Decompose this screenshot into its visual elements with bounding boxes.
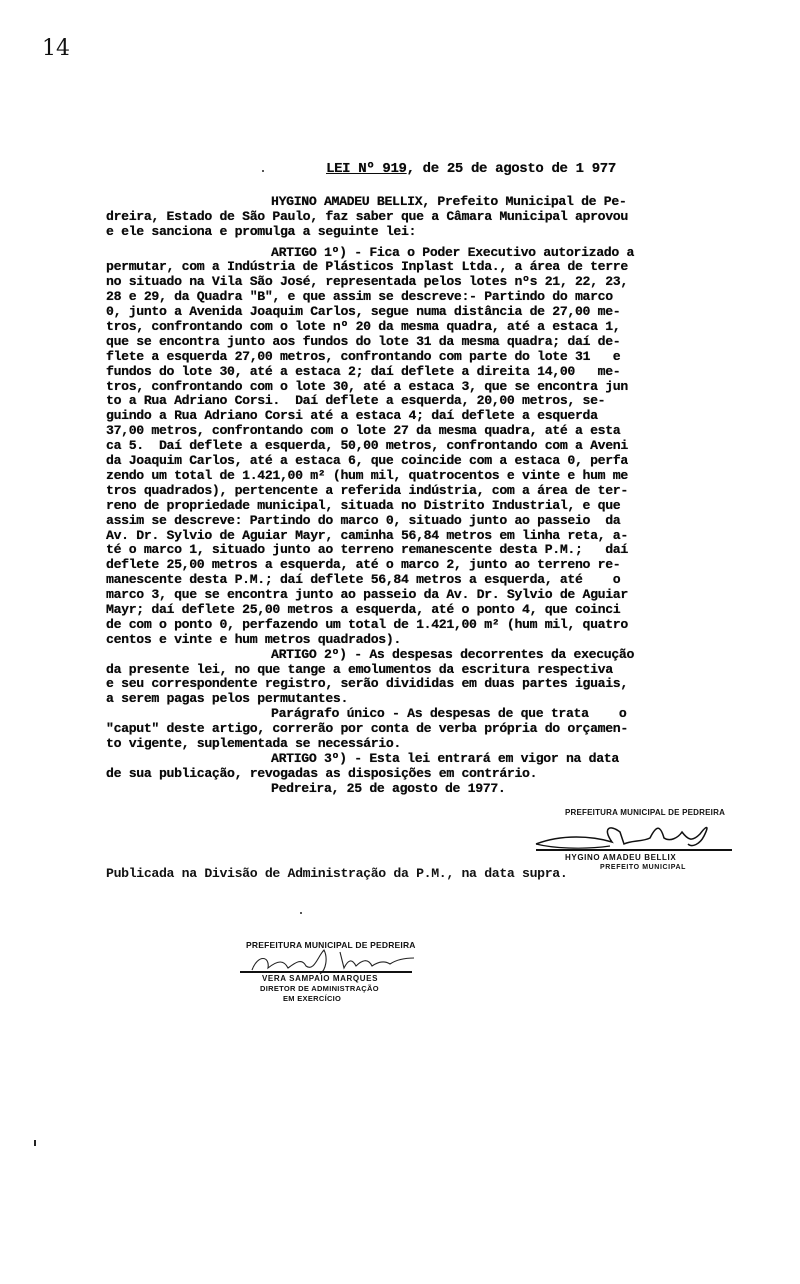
admin-title: DIRETOR DE ADMINISTRAÇÃO [260,984,379,993]
text-line: tros quadrados), pertencente a referida … [106,484,726,499]
text-line: zendo um total de 1.421,00 m² (hum mil, … [106,469,726,484]
text-line: Av. Dr. Sylvio de Aguiar Mayr, caminha 5… [106,529,726,544]
text-line: que se encontra junto aos fundos do lote… [106,335,726,350]
mayor-name: HYGINO AMADEU BELLIX [565,853,676,862]
text-line: 0, junto a Avenida Joaquim Carlos, segue… [106,305,726,320]
law-date: , de 25 de agosto de 1 977 [407,161,616,177]
text-line: tros, confrontando com o lote 30, até a … [106,380,726,395]
text-line: ca 5. Daí deflete a esquerda, 50,00 metr… [106,439,726,454]
text-line: centos e vinte e hum metros quadrados). [106,633,726,648]
text-line: dreira, Estado de São Paulo, faz saber q… [106,210,726,225]
text-line: da presente lei, no que tange a emolumen… [106,663,726,678]
scan-speck [34,1140,36,1146]
law-title: LEI Nº 919, de 25 de agosto de 1 977 [216,162,726,177]
text-line: a serem pagas pelos permutantes. [106,692,726,707]
publication-note: Publicada na Divisão de Administração da… [106,866,567,881]
text-line: Parágrafo único - As despesas de que tra… [106,707,726,722]
mayor-stamp: PREFEITURA MUNICIPAL DE PEDREIRA [565,808,725,817]
text-line: fundos do lote 30, até a estaca 2; daí d… [106,365,726,380]
text-line: HYGINO AMADEU BELLIX, Prefeito Municipal… [106,195,726,210]
law-body: HYGINO AMADEU BELLIX, Prefeito Municipal… [106,195,726,797]
text-line: permutar, com a Indústria de Plásticos I… [106,260,726,275]
mayor-signature [532,818,732,852]
text-line: no situado na Vila São José, representad… [106,275,726,290]
text-line: 37,00 metros, confrontando com o lote 27… [106,424,726,439]
law-document: LEI Nº 919, de 25 de agosto de 1 977 HYG… [106,162,726,797]
text-line: reno de propriedade municipal, situada n… [106,499,726,514]
admin-name: VERA SAMPAIO MARQUES [262,974,378,983]
text-line: manescente desta P.M.; daí deflete 56,84… [106,573,726,588]
text-line: to a Rua Adriano Corsi. Daí deflete a es… [106,394,726,409]
mayor-signature-line [536,849,732,851]
text-line: té o marco 1, situado junto ao terreno r… [106,543,726,558]
scan-speck [300,912,302,914]
text-line: de sua publicação, revogadas as disposiç… [106,767,726,782]
text-line: Mayr; daí deflete 25,00 metros a esquerd… [106,603,726,618]
scan-speck [262,170,264,172]
text-line: tros, confrontando com o lote nº 20 da m… [106,320,726,335]
text-line: Pedreira, 25 de agosto de 1977. [106,782,726,797]
text-line: to vigente, suplementada se necessário. [106,737,726,752]
mayor-title: PREFEITO MUNICIPAL [600,864,686,871]
law-number: LEI Nº 919 [326,161,407,177]
text-line: e ele sanciona e promulga a seguinte lei… [106,225,726,240]
text-line: guindo a Rua Adriano Corsi até a estaca … [106,409,726,424]
text-line: ARTIGO 3º) - Esta lei entrará em vigor n… [106,752,726,767]
mayor-stamp-text: PREFEITURA MUNICIPAL DE PEDREIRA [565,808,725,817]
text-line: e seu correspondente registro, serão div… [106,677,726,692]
page-number: 14 [42,36,70,61]
text-line: de com o ponto 0, perfazendo um total de… [106,618,726,633]
text-line: "caput" deste artigo, correrão por conta… [106,722,726,737]
admin-subtitle: EM EXERCÍCIO [283,994,341,1003]
text-line: deflete 25,00 metros a esquerda, até o m… [106,558,726,573]
text-line: da Joaquim Carlos, até a estaca 6, que c… [106,454,726,469]
text-line: ARTIGO 2º) - As despesas decorrentes da … [106,648,726,663]
text-line: ARTIGO 1º) - Fica o Poder Executivo auto… [106,246,726,261]
text-line: flete a esquerda 27,00 metros, confronta… [106,350,726,365]
text-line: marco 3, que se encontra junto ao passei… [106,588,726,603]
admin-signature-line [240,971,412,973]
text-line: 28 e 29, da Quadra "B", e que assim se d… [106,290,726,305]
text-line: assim se descreve: Partindo do marco 0, … [106,514,726,529]
